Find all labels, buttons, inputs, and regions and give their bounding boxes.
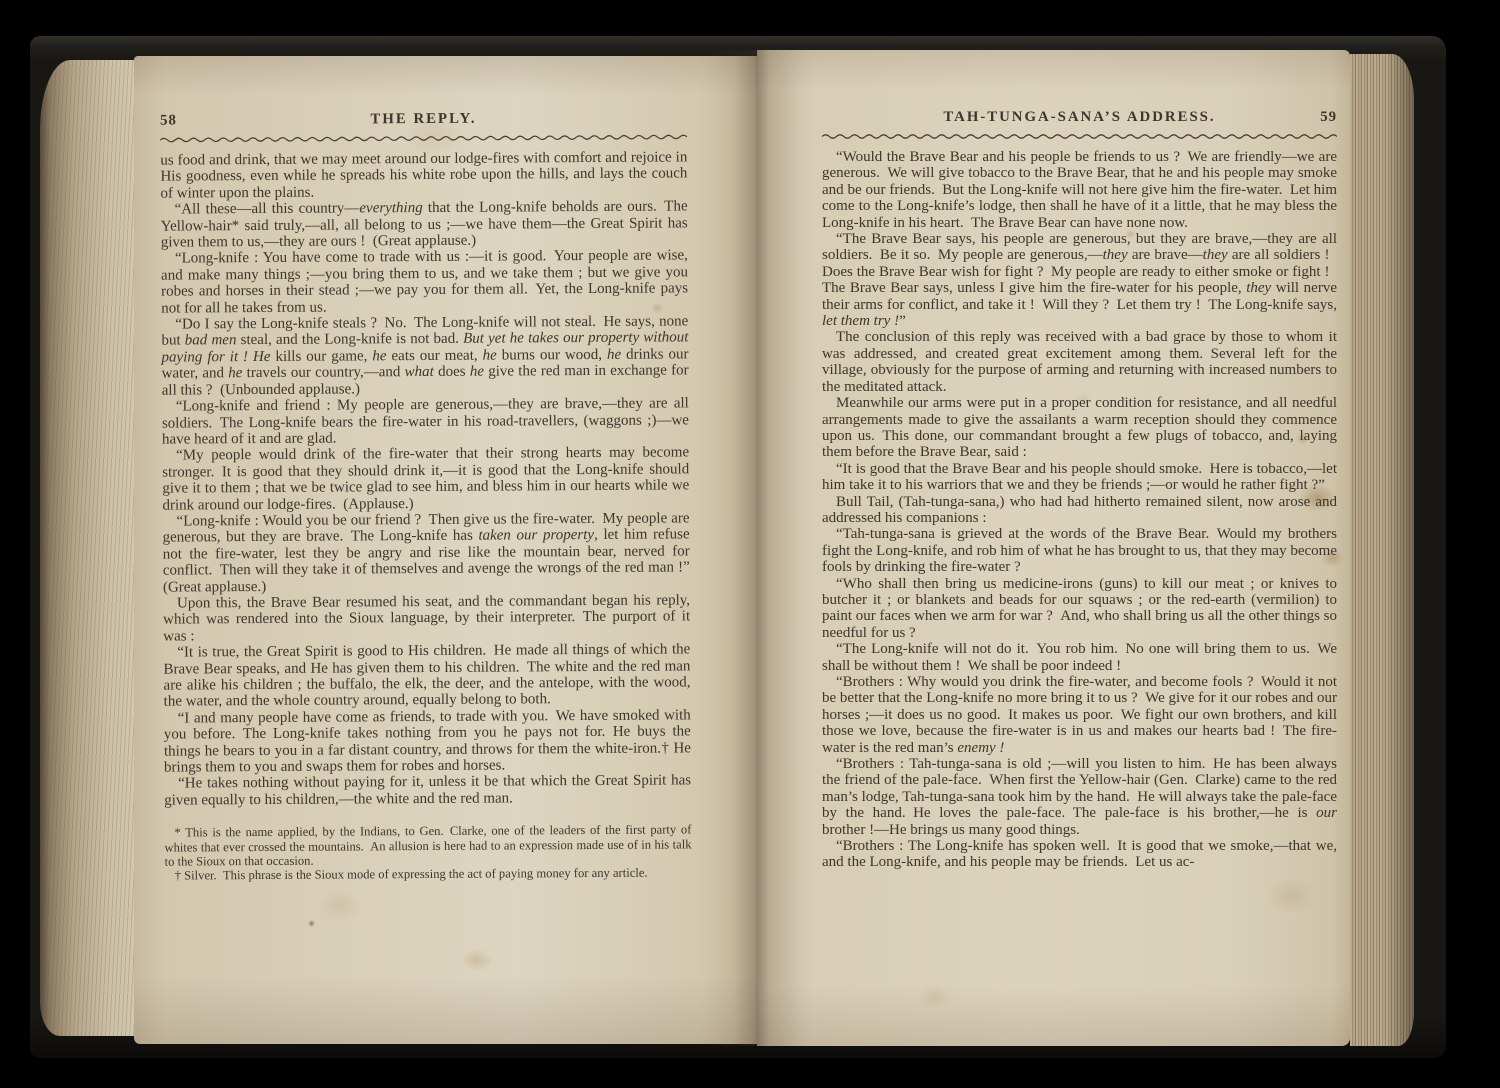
paragraph: “The Long-knife will not do it. You rob … [822, 641, 1337, 674]
paragraph: Bull Tail, (Tah-tunga-sana,) who had had… [822, 494, 1337, 527]
left-page-footnotes: * This is the name applied, by the India… [164, 823, 691, 884]
book-scan-photo: { "colors": { "background": "#000000", "… [0, 0, 1500, 1088]
left-page-body-text: us food and drink, that we may meet arou… [160, 149, 691, 808]
left-running-head: 58 THE REPLY. [160, 106, 687, 131]
page-edges-right [1350, 54, 1414, 1046]
right-page-text-column: TAH-TUNGA-SANA’S ADDRESS. 59 “Would the … [822, 106, 1337, 871]
paragraph: “All these—all this country—everything t… [161, 199, 688, 251]
paragraph: “It is good that the Brave Bear and his … [822, 461, 1337, 494]
right-page-body-text: “Would the Brave Bear and his people be … [822, 149, 1337, 871]
paragraph: “The Brave Bear says, his people are gen… [822, 231, 1337, 329]
paragraph: “Long-knife : Would you be our friend ? … [162, 510, 689, 595]
paragraph: “My people would drink of the fire-water… [162, 445, 689, 514]
paragraph: “He takes nothing without paying for it,… [164, 773, 691, 809]
paragraph: “Who shall then bring us medicine-irons … [822, 576, 1337, 642]
paragraph: “Do I say the Long-knife steals ? No. Th… [161, 313, 688, 398]
paragraph: “Long-knife : You have come to trade wit… [161, 248, 688, 317]
paragraph: “It is true, the Great Spirit is good to… [163, 642, 690, 711]
wavy-divider [160, 133, 687, 143]
paragraph: The conclusion of this reply was receive… [822, 329, 1337, 395]
left-page-text-column: 58 THE REPLY. us food and drink, that we… [160, 106, 692, 883]
paragraph: “Long-knife and friend : My people are g… [162, 395, 689, 447]
paragraph: us food and drink, that we may meet arou… [160, 149, 687, 201]
paragraph: Meanwhile our arms were put in a proper … [822, 395, 1337, 461]
paragraph: “Tah-tunga-sana is grieved at the words … [822, 526, 1337, 575]
paragraph: Upon this, the Brave Bear resumed his se… [163, 592, 690, 644]
page-number: 59 [1265, 106, 1337, 128]
paragraph: “Brothers : The Long-knife has spoken we… [822, 838, 1337, 871]
paragraph: * This is the name applied, by the India… [164, 823, 691, 869]
page-number: 58 [160, 109, 232, 131]
paragraph: “Would the Brave Bear and his people be … [822, 149, 1337, 231]
right-running-head: TAH-TUNGA-SANA’S ADDRESS. 59 [822, 106, 1337, 128]
running-head-title: THE REPLY. [232, 107, 615, 131]
paragraph: “Brothers : Why would you drink the fire… [822, 674, 1337, 756]
running-head-title: TAH-TUNGA-SANA’S ADDRESS. [894, 106, 1265, 128]
wavy-divider [822, 133, 1337, 140]
paragraph: “I and many people have come as friends,… [164, 707, 691, 776]
paragraph: “Brothers : Tah-tunga-sana is old ;—will… [822, 756, 1337, 838]
